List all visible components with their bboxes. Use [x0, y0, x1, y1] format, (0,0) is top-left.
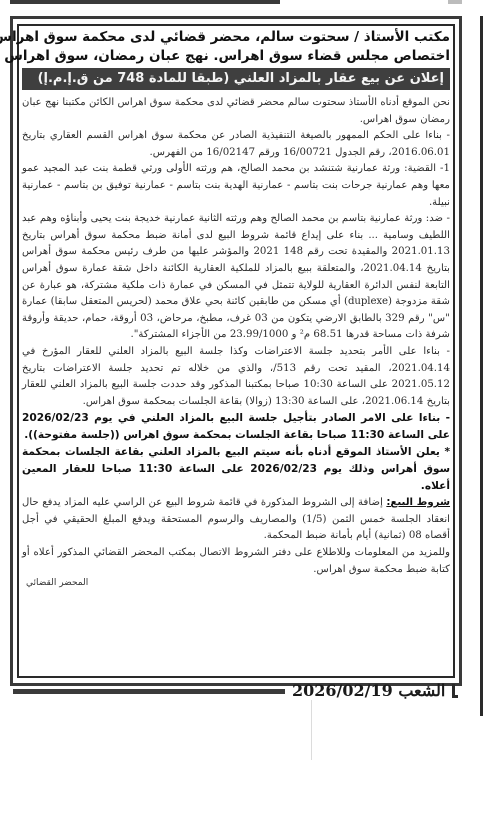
newspaper-name: الشعب [398, 681, 445, 700]
defendants-property-paragraph: - ضد: ورثة عمارنية بتاسم بن محمد الصالح … [22, 211, 450, 344]
footer-corner-mark [452, 684, 458, 698]
plaintiffs-paragraph: 1- القضية: ورثة عمارنية شتنشد بن محمد ال… [22, 161, 450, 211]
office-header-line-1: مكتب الأستاذ / سحتوت سالم، محضر قضائي لد… [22, 28, 450, 47]
office-header-line-2: اختصاص مجلس قضاء سوق اهراس. نهج عبان رمض… [22, 47, 450, 66]
postponement-paragraph: - بناءا على الامر الصادر بتأجيل جلسة الب… [22, 410, 450, 444]
legal-notice: مكتب الأستاذ / سحتوت سالم، محضر قضائي لد… [22, 28, 450, 595]
judgment-paragraph: - بناءا على الحكم الممهور بالصيغة التنفي… [22, 128, 450, 161]
page-fold-line [311, 700, 312, 760]
notice-title-bar: إعلان عن بيع عقار بالمزاد العلني (طبقا ل… [22, 68, 450, 90]
newspaper-footer: الشعب 2026/02/19 [0, 680, 489, 704]
notice-title: إعلان عن بيع عقار بالمزاد العلني (طبقا ل… [38, 71, 444, 86]
footer-rule [13, 689, 285, 694]
adjacent-column-border [480, 16, 483, 716]
terms-label: شروط البيع: [386, 497, 450, 508]
intro-paragraph: نحن الموقع أدناه الأستاذ سحتوت سالم محضر… [22, 95, 450, 128]
top-border-strip [10, 0, 280, 4]
sale-announcement: - بناءا على الامر الصادر بتأجيل جلسة الب… [22, 410, 450, 495]
terms-paragraph: شروط البيع: إضافة إلى الشروط المذكورة في… [22, 495, 450, 545]
sale-terms: شروط البيع: إضافة إلى الشروط المذكورة في… [22, 495, 450, 578]
signature-row: المحضر القضائي [22, 578, 450, 595]
top-border-fragment [448, 0, 462, 4]
footer-label: الشعب 2026/02/19 [292, 680, 445, 702]
hearing-dates-paragraph: - بناءا على الأمر بتحديد جلسة الاعتراضات… [22, 344, 450, 410]
sale-date-paragraph: * يعلن الأستاذ الموقع أدناه بأنه سيتم ال… [22, 444, 450, 495]
publication-date: 2026/02/19 [292, 681, 393, 700]
bailiff-signature: المحضر القضائي [26, 578, 88, 588]
contact-paragraph: وللمزيد من المعلومات وللاطلاع على دفتر ا… [22, 545, 450, 578]
notice-body: نحن الموقع أدناه الأستاذ سحتوت سالم محضر… [22, 95, 450, 410]
